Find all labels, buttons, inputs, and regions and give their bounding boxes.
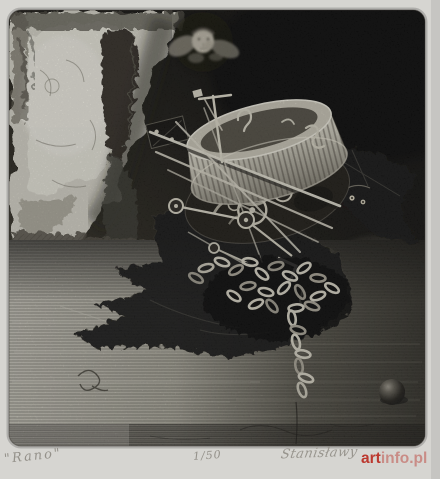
watermark-infopl: info.pl [381,450,428,467]
inscription-edition: 1/50 [193,448,223,463]
artwork-photo: "Rano" 1/50 Stanisławy artinfo.pl [0,0,440,479]
grain-light [9,10,425,446]
plate [9,0,440,446]
etching-print [0,0,440,479]
inscription-signature: Stanisławy [280,445,359,463]
paper-right-edge [431,0,440,479]
watermark-art: art [361,450,381,467]
watermark: artinfo.pl [361,450,427,468]
